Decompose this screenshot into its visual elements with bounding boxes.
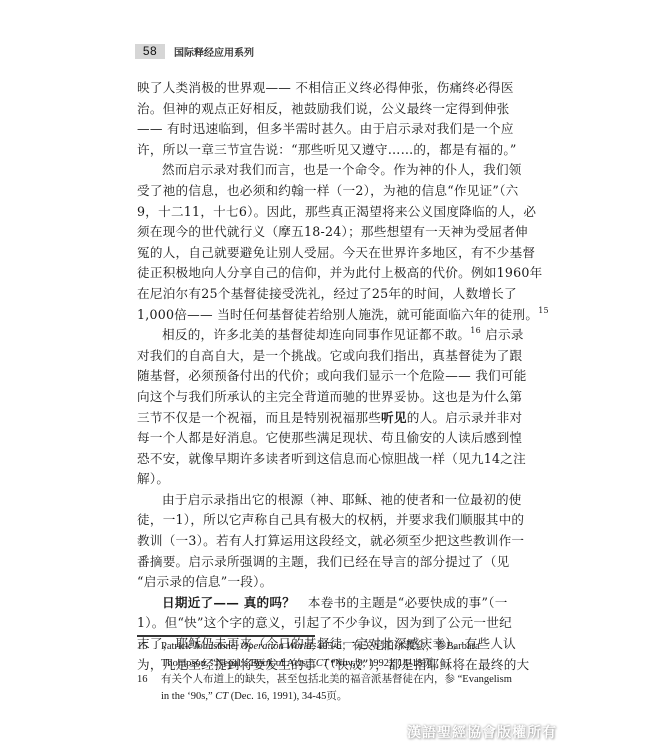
- footnote-line: 有关个人布道上的缺失，甚至包括北美的福音派基督徒在内，参 “Evangelism: [161, 672, 537, 689]
- text-span: (Nov. 9, 1992), 14-18页。: [329, 658, 444, 669]
- text-line: —— 有时迅速临到，但多半需时甚久。由于启示录对我们是一个应: [137, 119, 527, 140]
- text-line: 教训（一3）。若有人打算运用这段经文，就必须至少把这些教训作一: [137, 531, 527, 552]
- copyright-watermark: 漢語聖經協會版權所有: [407, 722, 557, 742]
- text-line: 映了人类消极的世界观—— 不相信正义终必得伸张，伤痛终必得医: [137, 78, 527, 99]
- paragraph-start: 然而启示录对我们而言，也是一个命令。作为神的仆人，我们领: [137, 160, 527, 181]
- text-line: 许，所以一章三节宣告说：“那些听见又遵守……的，都是有福的。”: [137, 140, 527, 161]
- running-header: 58 国际释经应用系列: [135, 44, 254, 59]
- text-span: (Dec. 16, 1991), 34-45页。: [228, 691, 347, 702]
- footnote-16: 16 有关个人布道上的缺失，甚至包括北美的福音派基督徒在内，参 “Evangel…: [137, 672, 537, 705]
- text-line: 徒正积极地向人分享自己的信仰，并为此付上极高的代价。例如1960年: [137, 263, 527, 284]
- paragraph-start: 相反的，许多北美的基督徒却连向同事作见证都不敢。16 启示录: [137, 325, 527, 346]
- text-line: 在尼泊尔有25个基督徒接受洗礼，经过了25年的时间，人数增长了: [137, 284, 527, 305]
- text-line: 1,000倍—— 当时任何基督徒若给别人施洗，就可能面临六年的徒刑。15: [137, 305, 527, 326]
- text-span: , 405-6；有关尼泊尔教会，参Barbara: [312, 641, 480, 652]
- paragraph-start: 日期近了—— 真的吗？ 本卷书的主题是“必要快成的事”（一: [137, 593, 527, 614]
- text-span: 相反的，许多北美的基督徒却连向同事作见证都不敢。: [162, 327, 470, 342]
- text-line: 恐不安，就像早期许多读者听到这信息而心惊胆战一样（见九14之注: [137, 449, 527, 470]
- text-span: 1,000倍—— 当时任何基督徒若给别人施洗，就可能面临六年的徒刑。: [137, 307, 538, 322]
- page-number: 58: [135, 44, 165, 59]
- text-line: 三节不仅是一个祝福，而且是特别祝福那些听见的人。启示录并非对: [137, 408, 527, 429]
- footnote-line: Patrick Johnstone, Operation World, 405-…: [161, 639, 537, 656]
- text-line: 徒，一1），所以它声称自己具有极大的权柄，并要求我们顺服其中的: [137, 510, 527, 531]
- text-span: Thompson, “Nepal’s Book of Acts,”: [161, 658, 316, 669]
- footnote-line: in the ‘90s,” CT (Dec. 16, 1991), 34-45页…: [161, 689, 537, 706]
- text-span: 三节不仅是一个祝福，而且是特别祝福那些: [137, 410, 381, 425]
- bold-emphasis: 听见: [381, 410, 407, 425]
- book-title: Operation World: [241, 641, 312, 652]
- text-line: 向这个与我们所承认的主完全背道而驰的世界妥协。这也是为什么第: [137, 387, 527, 408]
- journal-title: CT: [316, 658, 329, 669]
- footnote-text: 有关个人布道上的缺失，甚至包括北美的福音派基督徒在内，参 “Evangelism…: [161, 672, 537, 705]
- text-line: 1）。但“快”这个字的意义，引起了不少争议，因为到了公元一世纪: [137, 613, 527, 634]
- body-text: 映了人类消极的世界观—— 不相信正义终必得伸张，伤痛终必得医 治。但神的观点正好…: [137, 78, 527, 675]
- footnote-line: Thompson, “Nepal’s Book of Acts,” CT (No…: [161, 656, 537, 673]
- footnote-divider: [137, 635, 315, 637]
- text-span: 本卷书的主题是“必要快成的事”（一: [308, 595, 508, 610]
- footnote-text: Patrick Johnstone, Operation World, 405-…: [161, 639, 537, 672]
- text-line: 9，十二11，十七6）。因此，那些真正渴望将来公义国度降临的人，必: [137, 202, 527, 223]
- text-line: 冤的人，自己就要避免让别人受屈。今天在世界许多地区，有不少基督: [137, 243, 527, 264]
- paragraph-start: 由于启示录指出它的根源（神、耶稣、祂的使者和一位最初的使: [137, 490, 527, 511]
- footnote-ref[interactable]: 16: [470, 326, 481, 335]
- text-span: 启示录: [485, 327, 524, 342]
- section-heading: 日期近了—— 真的吗？: [162, 595, 295, 610]
- text-line: 治。但神的观点正好相反，祂鼓励我们说，公义最终一定得到伸张: [137, 99, 527, 120]
- text-line: 受了祂的信息，也必须和约翰一样（一2），为祂的信息“作见证”（六: [137, 181, 527, 202]
- text-line: 对我们的自高自大，是一个挑战。它或向我们指出，真基督徒为了跟: [137, 346, 527, 367]
- text-span: Patrick Johnstone,: [161, 641, 241, 652]
- series-title: 国际释经应用系列: [174, 44, 254, 59]
- text-line: 须在现今的世代就行义（摩五18-24）；那些想望有一天神为受屈者伸: [137, 222, 527, 243]
- text-line: 番摘要。启示录所强调的主题，我们已经在导言的部分提过了（见: [137, 552, 527, 573]
- footnote-15: 15 Patrick Johnstone, Operation World, 4…: [137, 639, 537, 672]
- text-line: 解）。: [137, 469, 527, 490]
- text-line: 随基督，必须预备付出的代价；或向我们显示一个危险—— 我们可能: [137, 366, 527, 387]
- text-line: 每一个人都是好消息。它使那些满足现状、苟且偷安的人读后感到惶: [137, 428, 527, 449]
- footnote-number: 15: [137, 639, 161, 672]
- text-span: 的人。启示录并非对: [407, 410, 523, 425]
- footnote-ref[interactable]: 15: [538, 306, 549, 315]
- footnote-number: 16: [137, 672, 161, 705]
- text-span: in the ‘90s,”: [161, 691, 215, 702]
- text-line: “启示录的信息”一段）。: [137, 572, 527, 593]
- journal-title: CT: [215, 691, 228, 702]
- footnotes: 15 Patrick Johnstone, Operation World, 4…: [137, 639, 537, 705]
